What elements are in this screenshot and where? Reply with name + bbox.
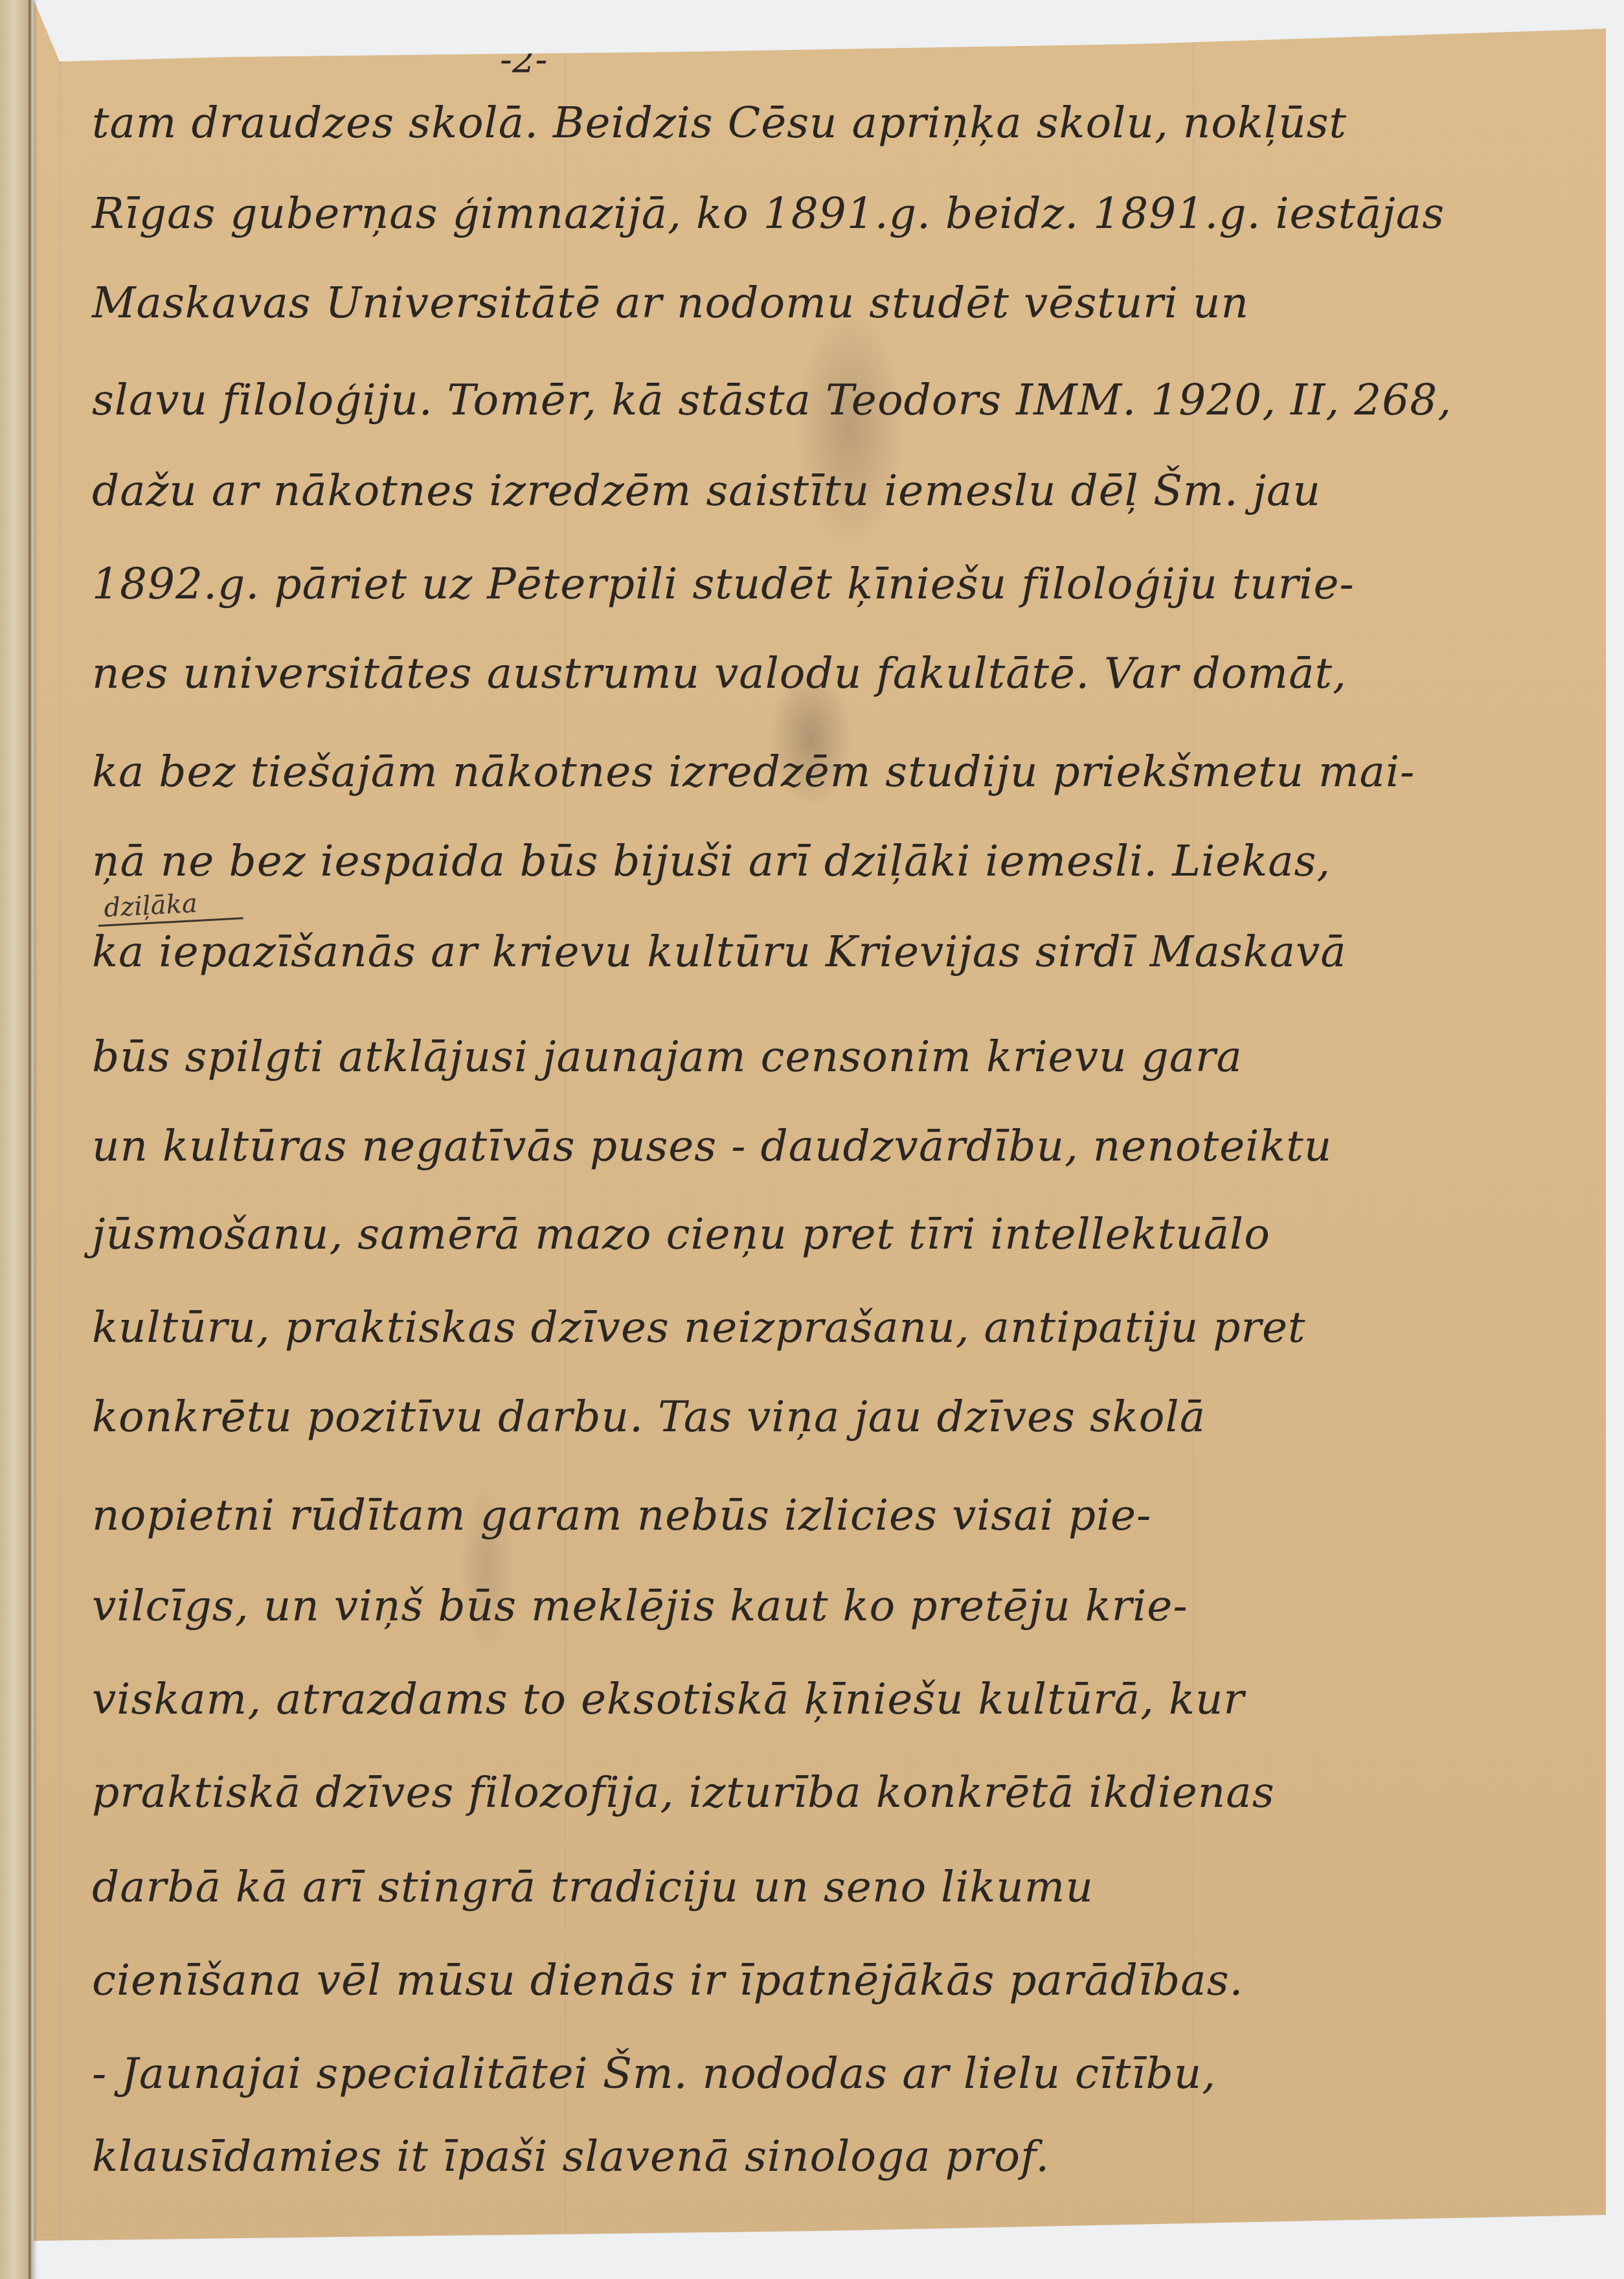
text-line: konkrētu pozitīvu darbu. Tas viņa jau dz…	[92, 1391, 1439, 1443]
text-line: būs spilgti atklājusi jaunajam censonim …	[92, 1031, 1439, 1083]
text-line: un kultūras negatīvās puses - daudzvārdī…	[92, 1120, 1439, 1172]
text-line: viskam, atrazdams to eksotiskā ķīniešu k…	[92, 1673, 1439, 1725]
text-line: - Jaunajai specialitātei Šm. nododas ar …	[92, 2048, 1439, 2100]
text-line: vilcīgs, un viņš būs meklējis kaut ko pr…	[92, 1580, 1439, 1632]
text-line: Maskavas Universitātē ar nodomu studēt v…	[92, 277, 1439, 329]
text-line: darbā kā arī stingrā tradiciju un seno l…	[92, 1861, 1439, 1913]
text-line: ka bez tiešajām nākotnes izredzēm studij…	[92, 746, 1439, 798]
text-line: klausīdamies it īpaši slavenā sinologa p…	[92, 2131, 1439, 2183]
text-line: dažu ar nākotnes izredzēm saistītu iemes…	[92, 465, 1439, 517]
text-line: tam draudzes skolā. Beidzis Cēsu apriņķa…	[92, 97, 1439, 149]
text-line: Rīgas guberņas ģimnazijā, ko 1891.g. bei…	[92, 188, 1439, 240]
text-line: praktiskā dzīves filozofija, izturība ko…	[92, 1767, 1439, 1819]
text-line: jūsmošanu, samērā mazo cieņu pret tīri i…	[92, 1208, 1439, 1260]
manuscript-page: -2- dziļāka tam draudzes skolā. Beidzis …	[34, 0, 1606, 2279]
text-line: cienīšana vēl mūsu dienās ir īpatnējākās…	[92, 1955, 1439, 2006]
fold-shadow	[28, 0, 38, 2279]
text-line: kultūru, praktiskas dzīves neizprašanu, …	[92, 1302, 1439, 1354]
text-line: nopietni rūdītam garam nebūs izlicies vi…	[92, 1490, 1439, 1541]
text-line: nes universitātes austrumu valodu fakult…	[92, 648, 1439, 699]
text-line: ņā ne bez iespaida būs bijuši arī dziļāk…	[92, 835, 1439, 887]
text-line: slavu filoloģiju. Tomēr, kā stāsta Teodo…	[92, 374, 1439, 426]
text-line: 1892.g. pāriet uz Pēterpili studēt ķīnie…	[92, 558, 1439, 610]
binding-fold-strip	[0, 0, 31, 2279]
handwritten-text-body: tam draudzes skolā. Beidzis Cēsu apriņķa…	[34, 0, 1606, 2279]
text-line: ka iepazīšanās ar krievu kultūru Krievij…	[92, 926, 1439, 978]
